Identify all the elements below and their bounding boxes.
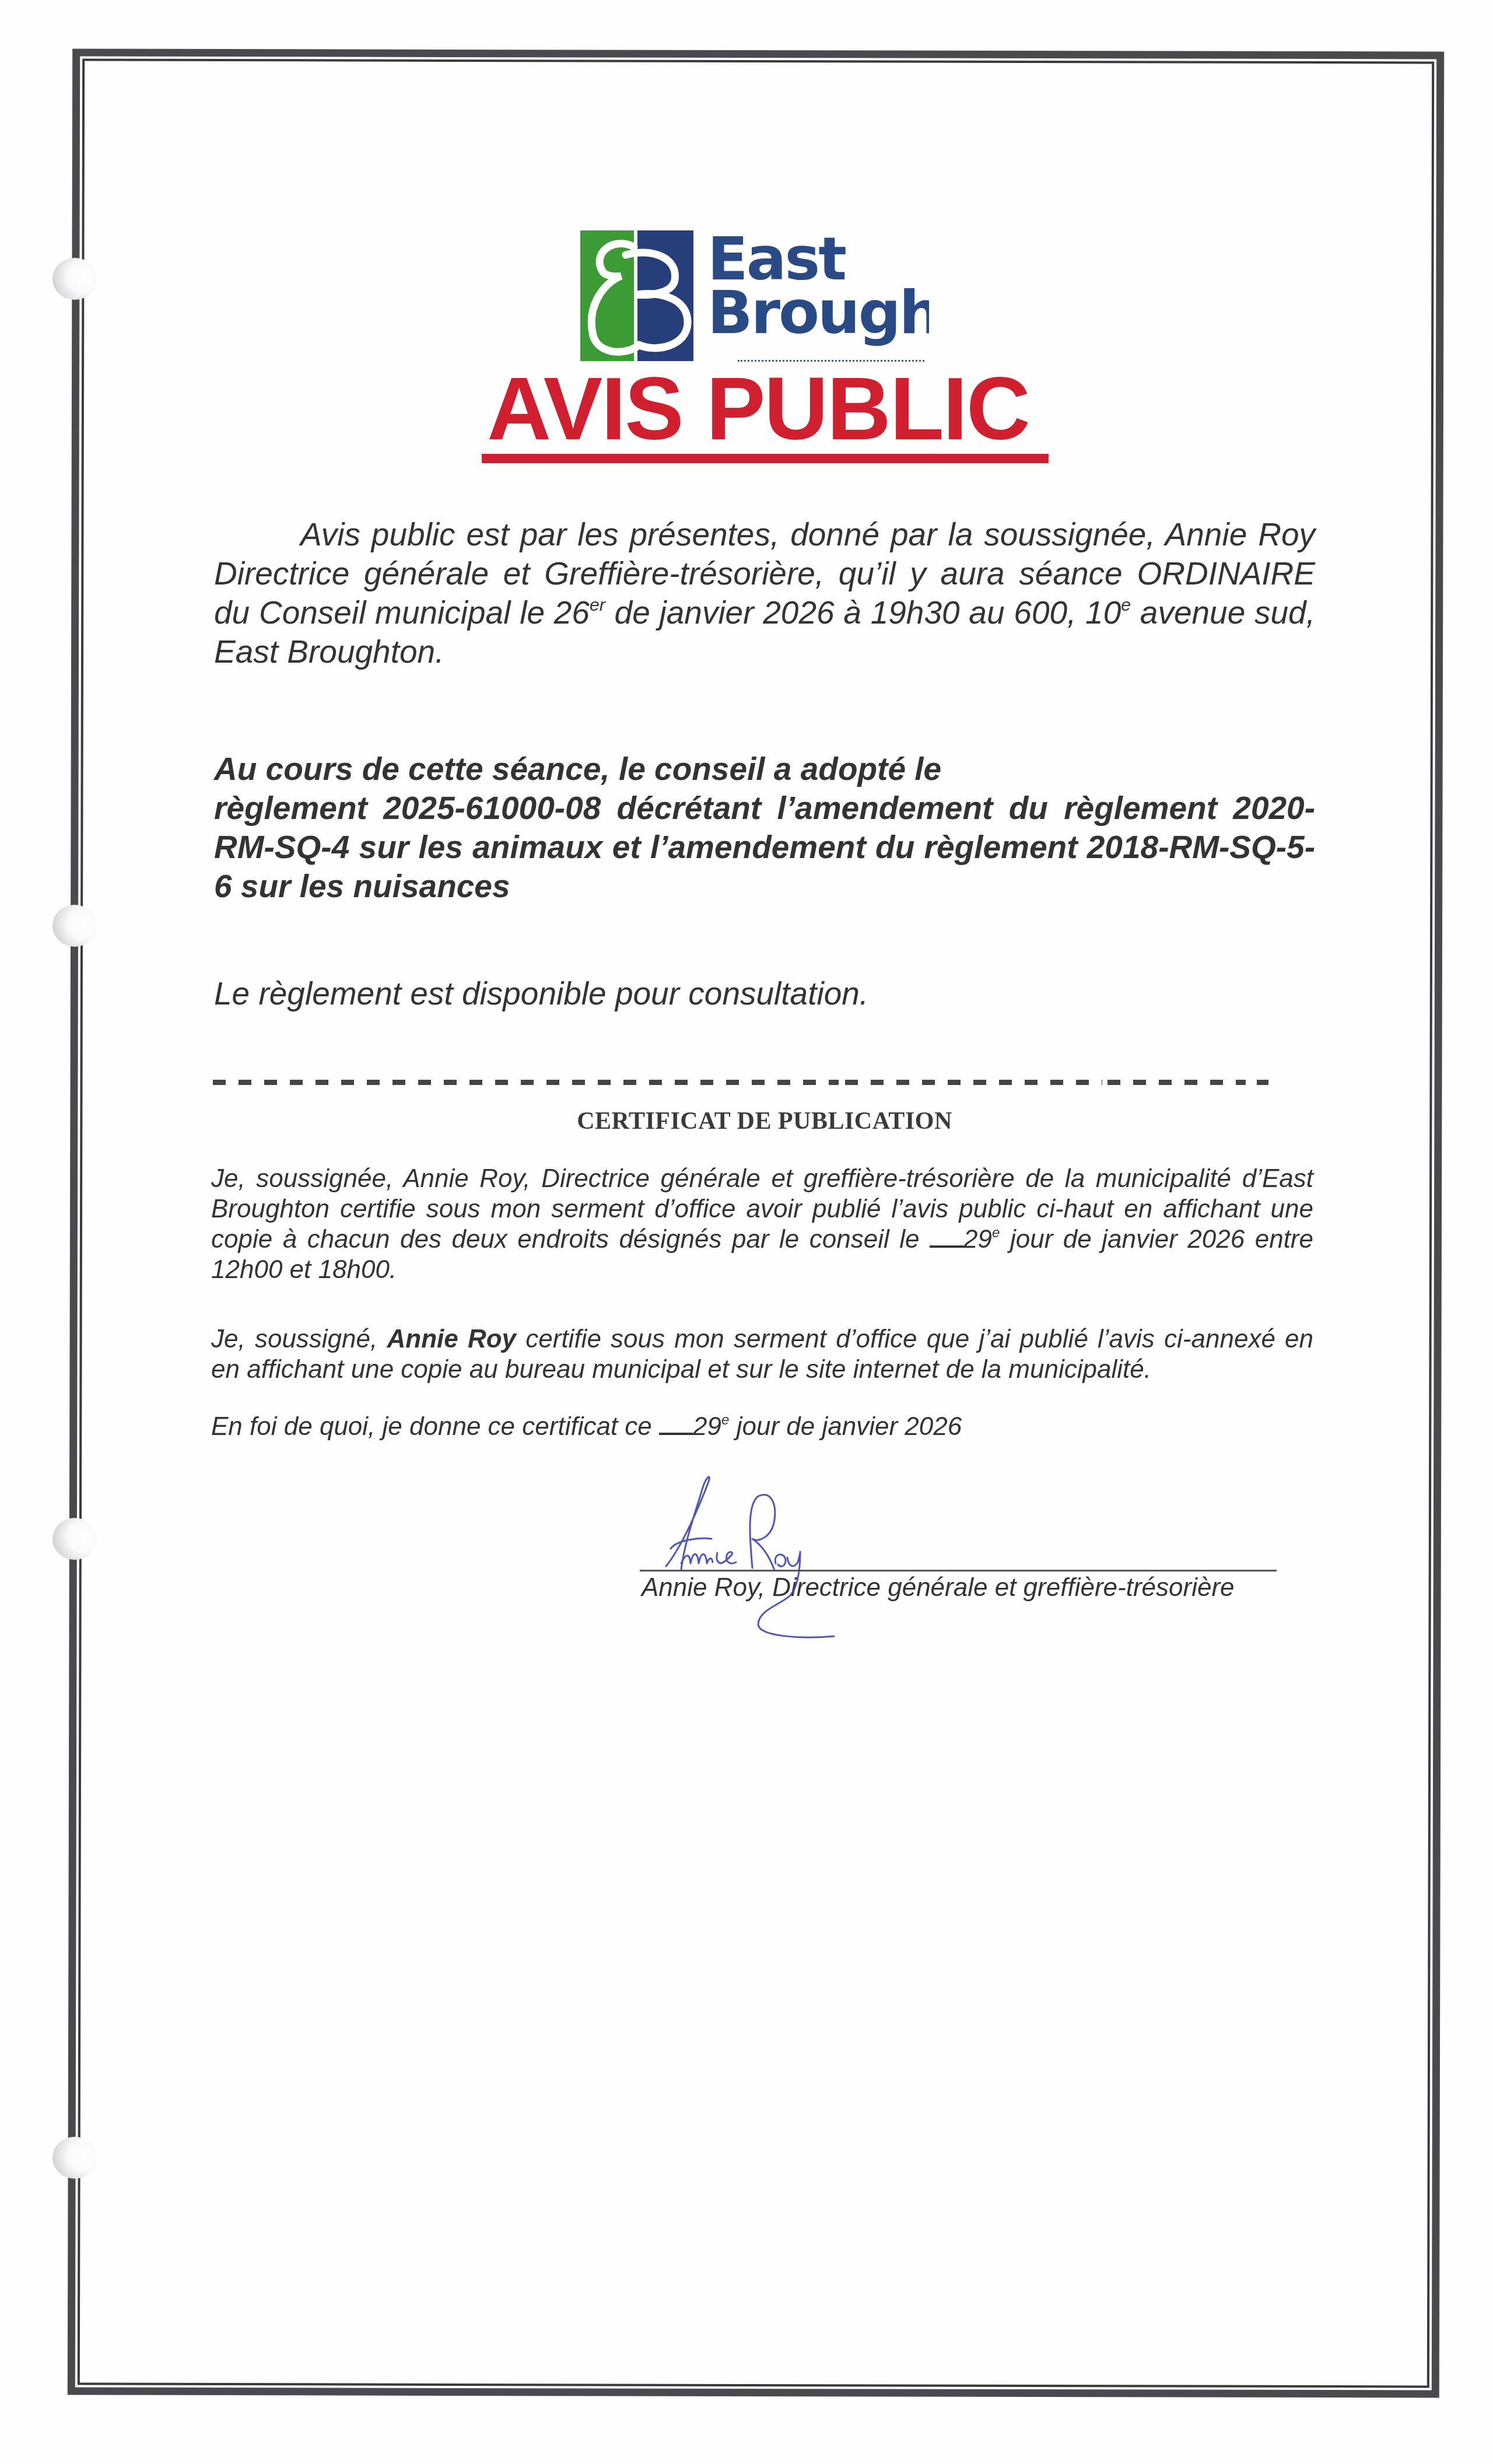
page-title: AVIS PUBLIC <box>478 365 1038 453</box>
certificate-paragraph-posting: Je, soussignée, Annie Roy, Directrice gé… <box>211 1164 1313 1285</box>
logo-wordmark-line2: Brought <box>707 278 929 348</box>
dashed-separator <box>213 1080 1268 1085</box>
hole-punch <box>52 258 97 300</box>
notice-paragraph-meeting: Avis public est par les présentes, donné… <box>214 515 1315 671</box>
notice-paragraph-consultation: Le règlement est disponible pour consult… <box>214 974 1315 1013</box>
hole-punch <box>52 2137 97 2179</box>
blank-underline <box>930 1228 963 1248</box>
hole-punch <box>52 905 97 947</box>
eb-monogram-icon <box>580 230 693 361</box>
certificate-paragraph-website: Je, soussigné, Annie Roy certifie sous m… <box>211 1324 1313 1385</box>
hole-punch <box>52 1518 97 1560</box>
title-underline <box>482 454 1049 463</box>
notice-paragraph-bylaw: Au cours de cette séance, le conseil a a… <box>214 750 1315 906</box>
handwritten-signature-icon <box>612 1470 1312 1645</box>
certificate-paragraph-date: En foi de quoi, je donne ce certificat c… <box>211 1412 1313 1442</box>
certificate-heading: CERTIFICAT DE PUBLICATION <box>214 1107 1315 1135</box>
blank-underline <box>659 1415 693 1435</box>
municipality-logo: East Brought <box>580 230 942 376</box>
